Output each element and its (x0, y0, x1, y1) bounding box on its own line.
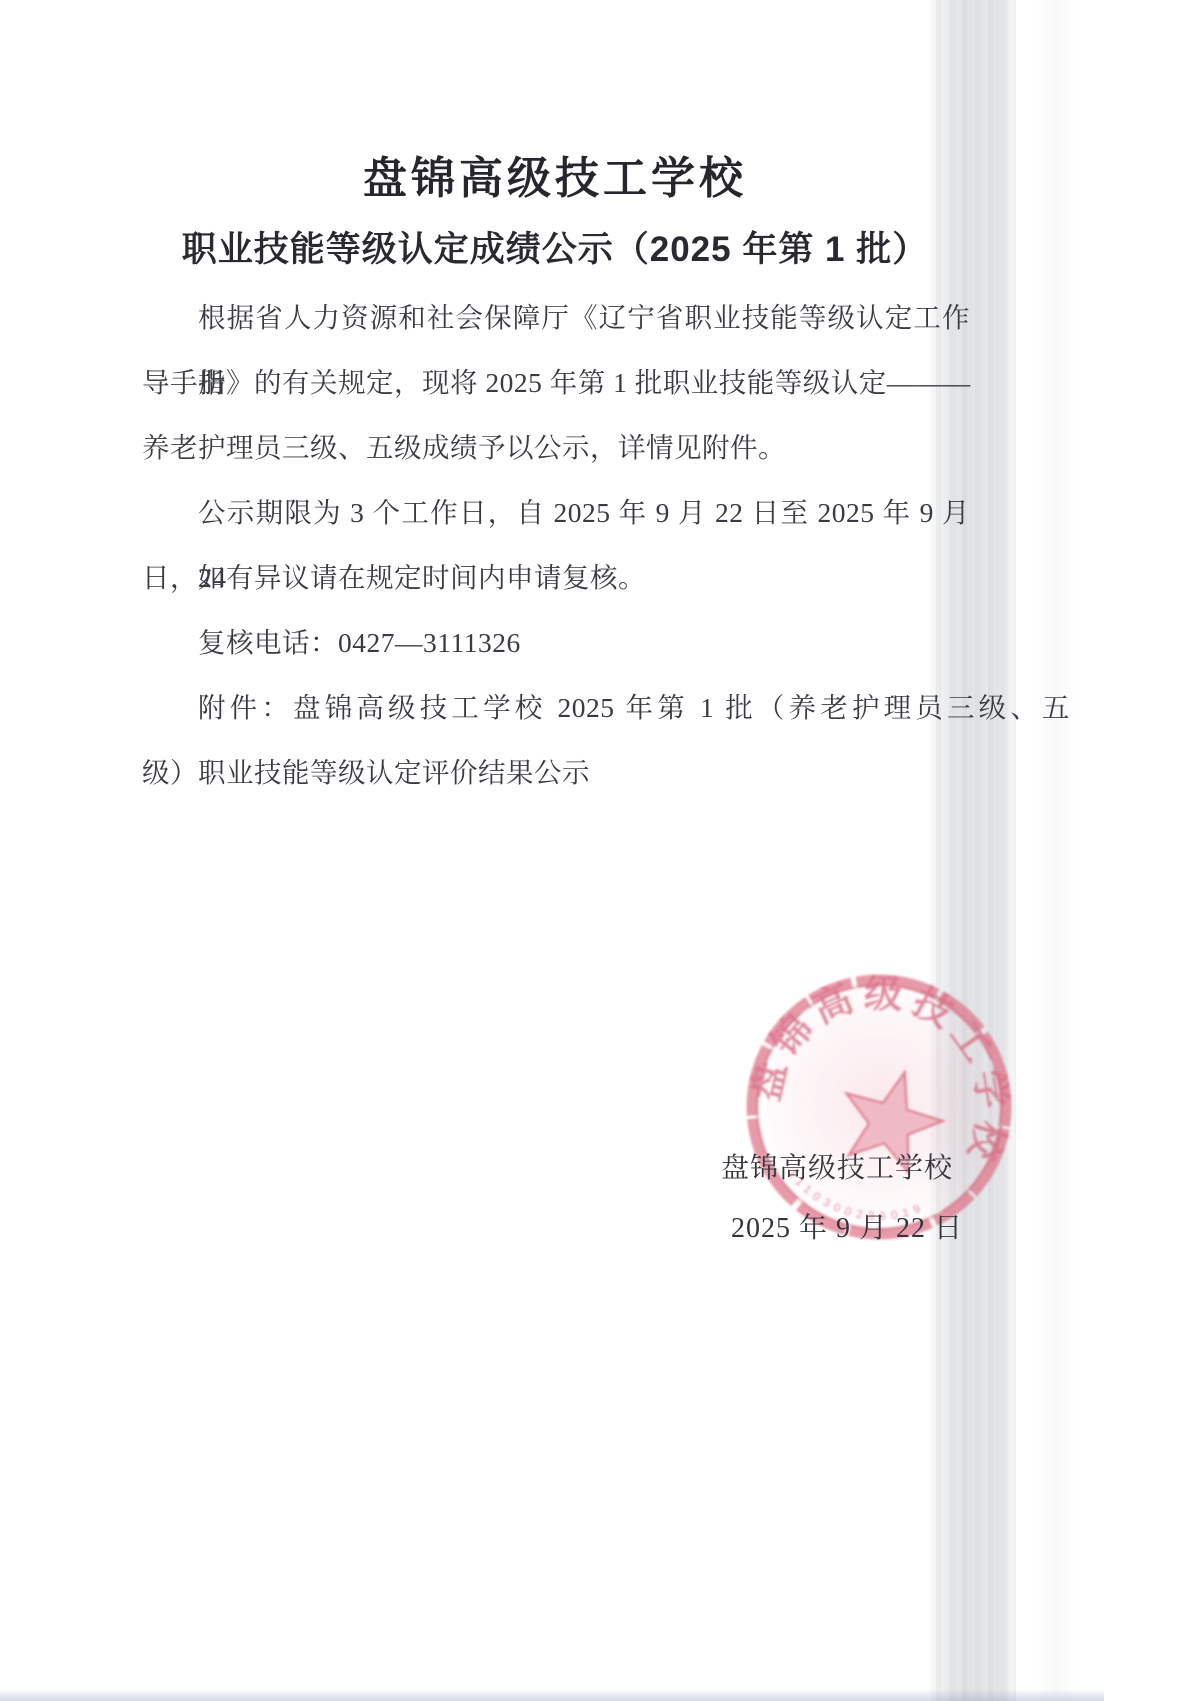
document-title: 盘锦高级技工学校 (0, 142, 1110, 206)
body-line: 附件：盘锦高级技工学校 2025 年第 1 批（养老护理员三级、五 (142, 675, 1070, 740)
document-body: 根据省人力资源和社会保障厅《辽宁省职业技能等级认定工作指 导手册》的有关规定，现… (142, 285, 970, 805)
signature-line: 盘锦高级技工学校 (721, 1146, 953, 1186)
date-line: 2025 年 9 月 22 日 (731, 1206, 963, 1246)
scan-shadow-bottom (0, 1690, 1104, 1701)
scanned-notice-page: 盘锦高级技工学校 职业技能等级认定成绩公示（2025 年第 1 批） 根据省人力… (0, 0, 1200, 1701)
body-line: 日，如有异议请在规定时间内申请复核。 (142, 545, 970, 610)
body-line: 复核电话：0427—3111326 (142, 610, 970, 675)
body-line: 养老护理员三级、五级成绩予以公示，详情见附件。 (142, 415, 970, 480)
body-line: 公示期限为 3 个工作日，自 2025 年 9 月 22 日至 2025 年 9… (142, 480, 970, 545)
scan-shadow-top (0, 0, 952, 12)
document-subtitle: 职业技能等级认定成绩公示（2025 年第 1 批） (0, 222, 1110, 272)
body-line: 级）职业技能等级认定评价结果公示 (142, 740, 970, 805)
body-line: 根据省人力资源和社会保障厅《辽宁省职业技能等级认定工作指 (142, 285, 970, 350)
body-line: 导手册》的有关规定，现将 2025 年第 1 批职业技能等级认定——— (142, 350, 970, 415)
